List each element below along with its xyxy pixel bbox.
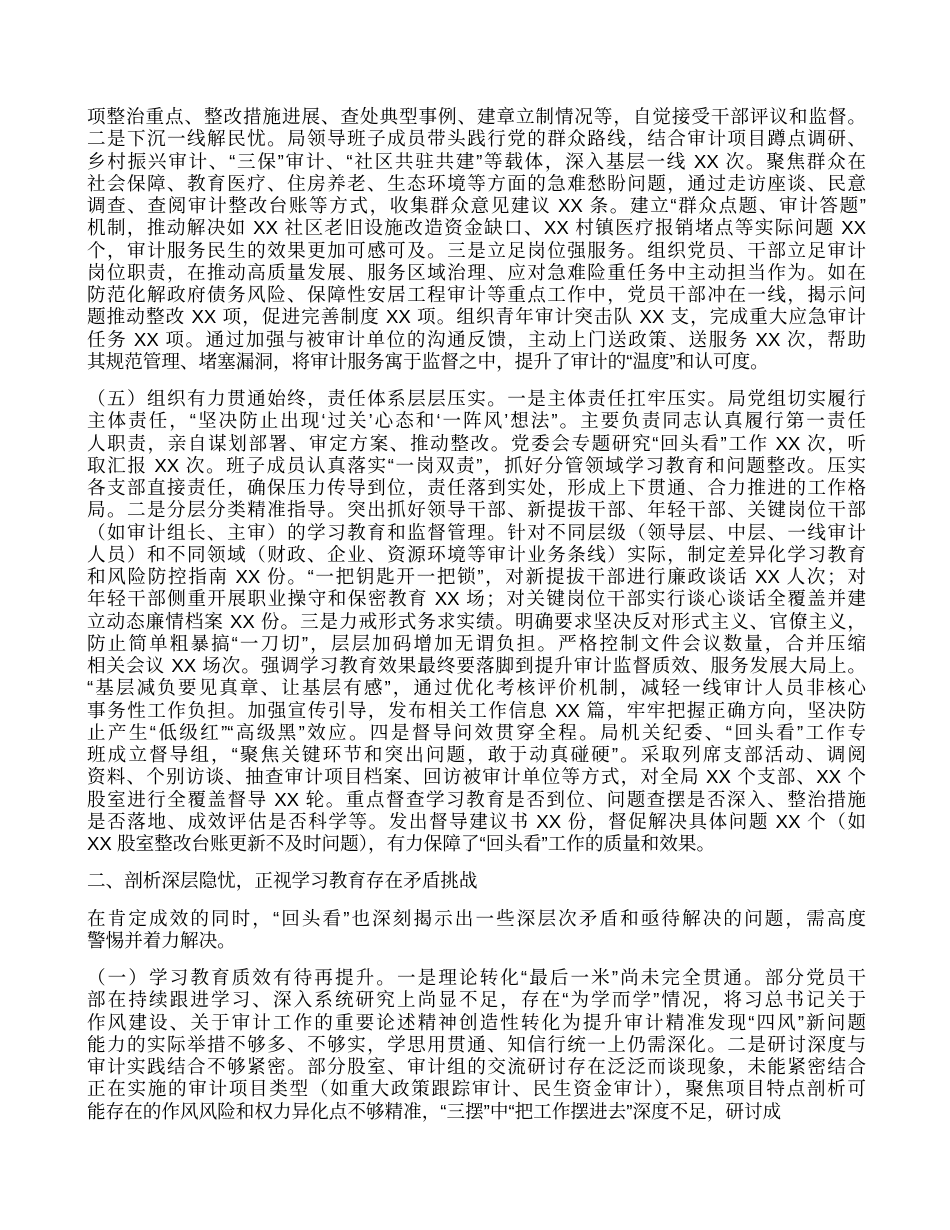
text-line: “基层减负要见真章、让基层有感”，通过优化考核评价机制，减轻一线审计人员非核心 bbox=[87, 677, 866, 699]
text-line: 在肯定成效的同时，“回头看”也深刻揭示出一些深层次矛盾和亟待解决的问题，需高度 bbox=[87, 908, 866, 930]
text-line: XX 股室整改台账更新不及时问题），有力保障了“回头看”工作的质量和效果。 bbox=[87, 833, 866, 855]
text-line: 岗位职责，在推动高质量发展、服务区域治理、应对急难险重任务中主动担当作为。如在 bbox=[87, 262, 866, 284]
text-line: 二是下沉一线解民忧。局领导班子成员带头践行党的群众路线，结合审计项目蹲点调研、 bbox=[87, 128, 866, 150]
text-line: 主体责任，“坚决防止出现‘过关’心态和‘一阵风’想法”。主要负责同志认真履行第一… bbox=[87, 410, 866, 432]
text-line: （一）学习教育质效有待再提升。一是理论转化“最后一米”尚未完全贯通。部分党员干 bbox=[87, 967, 866, 989]
text-line: 防范化解政府债务风险、保障性安居工程审计等重点工作中，党员干部冲在一线，揭示问 bbox=[87, 284, 866, 306]
paragraph: 在肯定成效的同时，“回头看”也深刻揭示出一些深层次矛盾和亟待解决的问题，需高度警… bbox=[87, 908, 866, 953]
text-line: 社会保障、教育医疗、住房养老、生态环境等方面的急难愁盼问题，通过走访座谈、民意 bbox=[87, 173, 866, 195]
text-line: 二、剖析深层隐忧，正视学习教育存在矛盾挑战 bbox=[87, 870, 866, 892]
text-line: 能力的实际举措不够多、不够实，学思用贯通、知信行统一上仍需深化。二是研讨深度与 bbox=[87, 1034, 866, 1056]
text-line: （如审计组长、主审）的学习教育和监督管理。针对不同层级（领导层、中层、一线审计 bbox=[87, 522, 866, 544]
text-line: 审计实践结合不够紧密。部分股室、审计组的交流研讨存在泛泛而谈现象，未能紧密结合 bbox=[87, 1056, 866, 1078]
text-line: 局。二是分层分类精准指导。突出抓好领导干部、新提拔干部、年轻干部、关键岗位干部 bbox=[87, 499, 866, 521]
text-line: 其规范管理、堵塞漏洞，将审计服务寓于监督之中，提升了审计的“温度”和认可度。 bbox=[87, 351, 866, 373]
text-line: 作风建设、关于审计工作的重要论述精神创造性转化为提升审计精准发现“四风”新问题 bbox=[87, 1012, 866, 1034]
text-line: 警惕并着力解决。 bbox=[87, 930, 866, 952]
text-line: 部在持续跟进学习、深入系统研究上尚显不足，存在“为学而学”情况，将习总书记关于 bbox=[87, 989, 866, 1011]
text-line: 各支部直接责任，确保压力传导到位，责任落到实处，形成上下贯通、合力推进的工作格 bbox=[87, 477, 866, 499]
document-page: 项整治重点、整改措施进展、查处典型事例、建章立制情况等，自觉接受干部评议和监督。… bbox=[87, 106, 866, 1123]
text-line: 题推动整改 XX 项，促进完善制度 XX 项。组织青年审计突击队 XX 支，完成… bbox=[87, 306, 866, 328]
text-line: 资料、个别访谈、抽查审计项目档案、回访被审计单位等方式，对全局 XX 个支部、X… bbox=[87, 766, 866, 788]
text-line: 立动态廉情档案 XX 份。三是力戒形式务求实绩。明确要求坚决反对形式主义、官僚主… bbox=[87, 611, 866, 633]
text-line: 项整治重点、整改措施进展、查处典型事例、建章立制情况等，自觉接受干部评议和监督。 bbox=[87, 106, 866, 128]
text-line: 是否落地、成效评估是否科学等。发出督导建议书 XX 份，督促解决具体问题 XX … bbox=[87, 811, 866, 833]
text-line: 机制，推动解决如 XX 社区老旧设施改造资金缺口、XX 村镇医疗报销堵点等实际问… bbox=[87, 217, 866, 239]
text-line: 事务性工作负担。加强宣传引导，发布相关工作信息 XX 篇，牢牢把握正确方向，坚决… bbox=[87, 700, 866, 722]
text-line: 防止简单粗暴搞“一刀切”，层层加码增加无谓负担。严格控制文件会议数量，合并压缩 bbox=[87, 633, 866, 655]
text-line: （五）组织有力贯通始终，责任体系层层压实。一是主体责任扛牢压实。局党组切实履行 bbox=[87, 388, 866, 410]
section-heading: 二、剖析深层隐忧，正视学习教育存在矛盾挑战 bbox=[87, 870, 866, 892]
text-line: 股室进行全覆盖督导 XX 轮。重点督查学习教育是否到位、问题查摆是否深入、整治措… bbox=[87, 789, 866, 811]
text-line: 调查、查阅审计整改台账等方式，收集群众意见建议 XX 条。建立“群众点题、审计答… bbox=[87, 195, 866, 217]
text-line: 乡村振兴审计、“三保”审计、“社区共驻共建”等载体，深入基层一线 XX 次。聚焦… bbox=[87, 151, 866, 173]
text-line: 年轻干部侧重开展职业操守和保密教育 XX 场；对关键岗位干部实行谈心谈话全覆盖并… bbox=[87, 588, 866, 610]
document-body: 项整治重点、整改措施进展、查处典型事例、建章立制情况等，自觉接受干部评议和监督。… bbox=[87, 106, 866, 1123]
text-line: 能存在的作风风险和权力异化点不够精准，“三摆”中“把工作摆进去”深度不足，研讨成 bbox=[87, 1101, 866, 1123]
paragraph: 项整治重点、整改措施进展、查处典型事例、建章立制情况等，自觉接受干部评议和监督。… bbox=[87, 106, 866, 373]
text-line: 相关会议 XX 场次。强调学习教育效果最终要落脚到提升审计监督质效、服务发展大局… bbox=[87, 655, 866, 677]
text-line: 任务 XX 项。通过加强与被审计单位的沟通反馈，主动上门送政策、送服务 XX 次… bbox=[87, 329, 866, 351]
text-line: 和风险防控指南 XX 份。“一把钥匙开一把锁”，对新提拔干部进行廉政谈话 XX … bbox=[87, 566, 866, 588]
text-line: 人员）和不同领域（财政、企业、资源环境等审计业务条线）实际，制定差异化学习教育 bbox=[87, 544, 866, 566]
paragraph: （五）组织有力贯通始终，责任体系层层压实。一是主体责任扛牢压实。局党组切实履行主… bbox=[87, 388, 866, 855]
paragraph: （一）学习教育质效有待再提升。一是理论转化“最后一米”尚未完全贯通。部分党员干部… bbox=[87, 967, 866, 1123]
text-line: 止产生“低级红”“高级黑”效应。四是督导问效贯穿全程。局机关纪委、“回头看”工作… bbox=[87, 722, 866, 744]
text-line: 取汇报 XX 次。班子成员认真落实“一岗双责”，抓好分管领域学习教育和问题整改。… bbox=[87, 455, 866, 477]
text-line: 班成立督导组，“聚焦关键环节和突出问题，敢于动真碰硬”。采取列席支部活动、调阅 bbox=[87, 744, 866, 766]
text-line: 正在实施的审计项目类型（如重大政策跟踪审计、民生资金审计），聚焦项目特点剖析可 bbox=[87, 1078, 866, 1100]
text-line: 人职责，亲自谋划部署、审定方案、推动整改。党委会专题研究“回头看”工作 XX 次… bbox=[87, 433, 866, 455]
text-line: 个，审计服务民生的效果更加可感可及。三是立足岗位强服务。组织党员、干部立足审计 bbox=[87, 240, 866, 262]
